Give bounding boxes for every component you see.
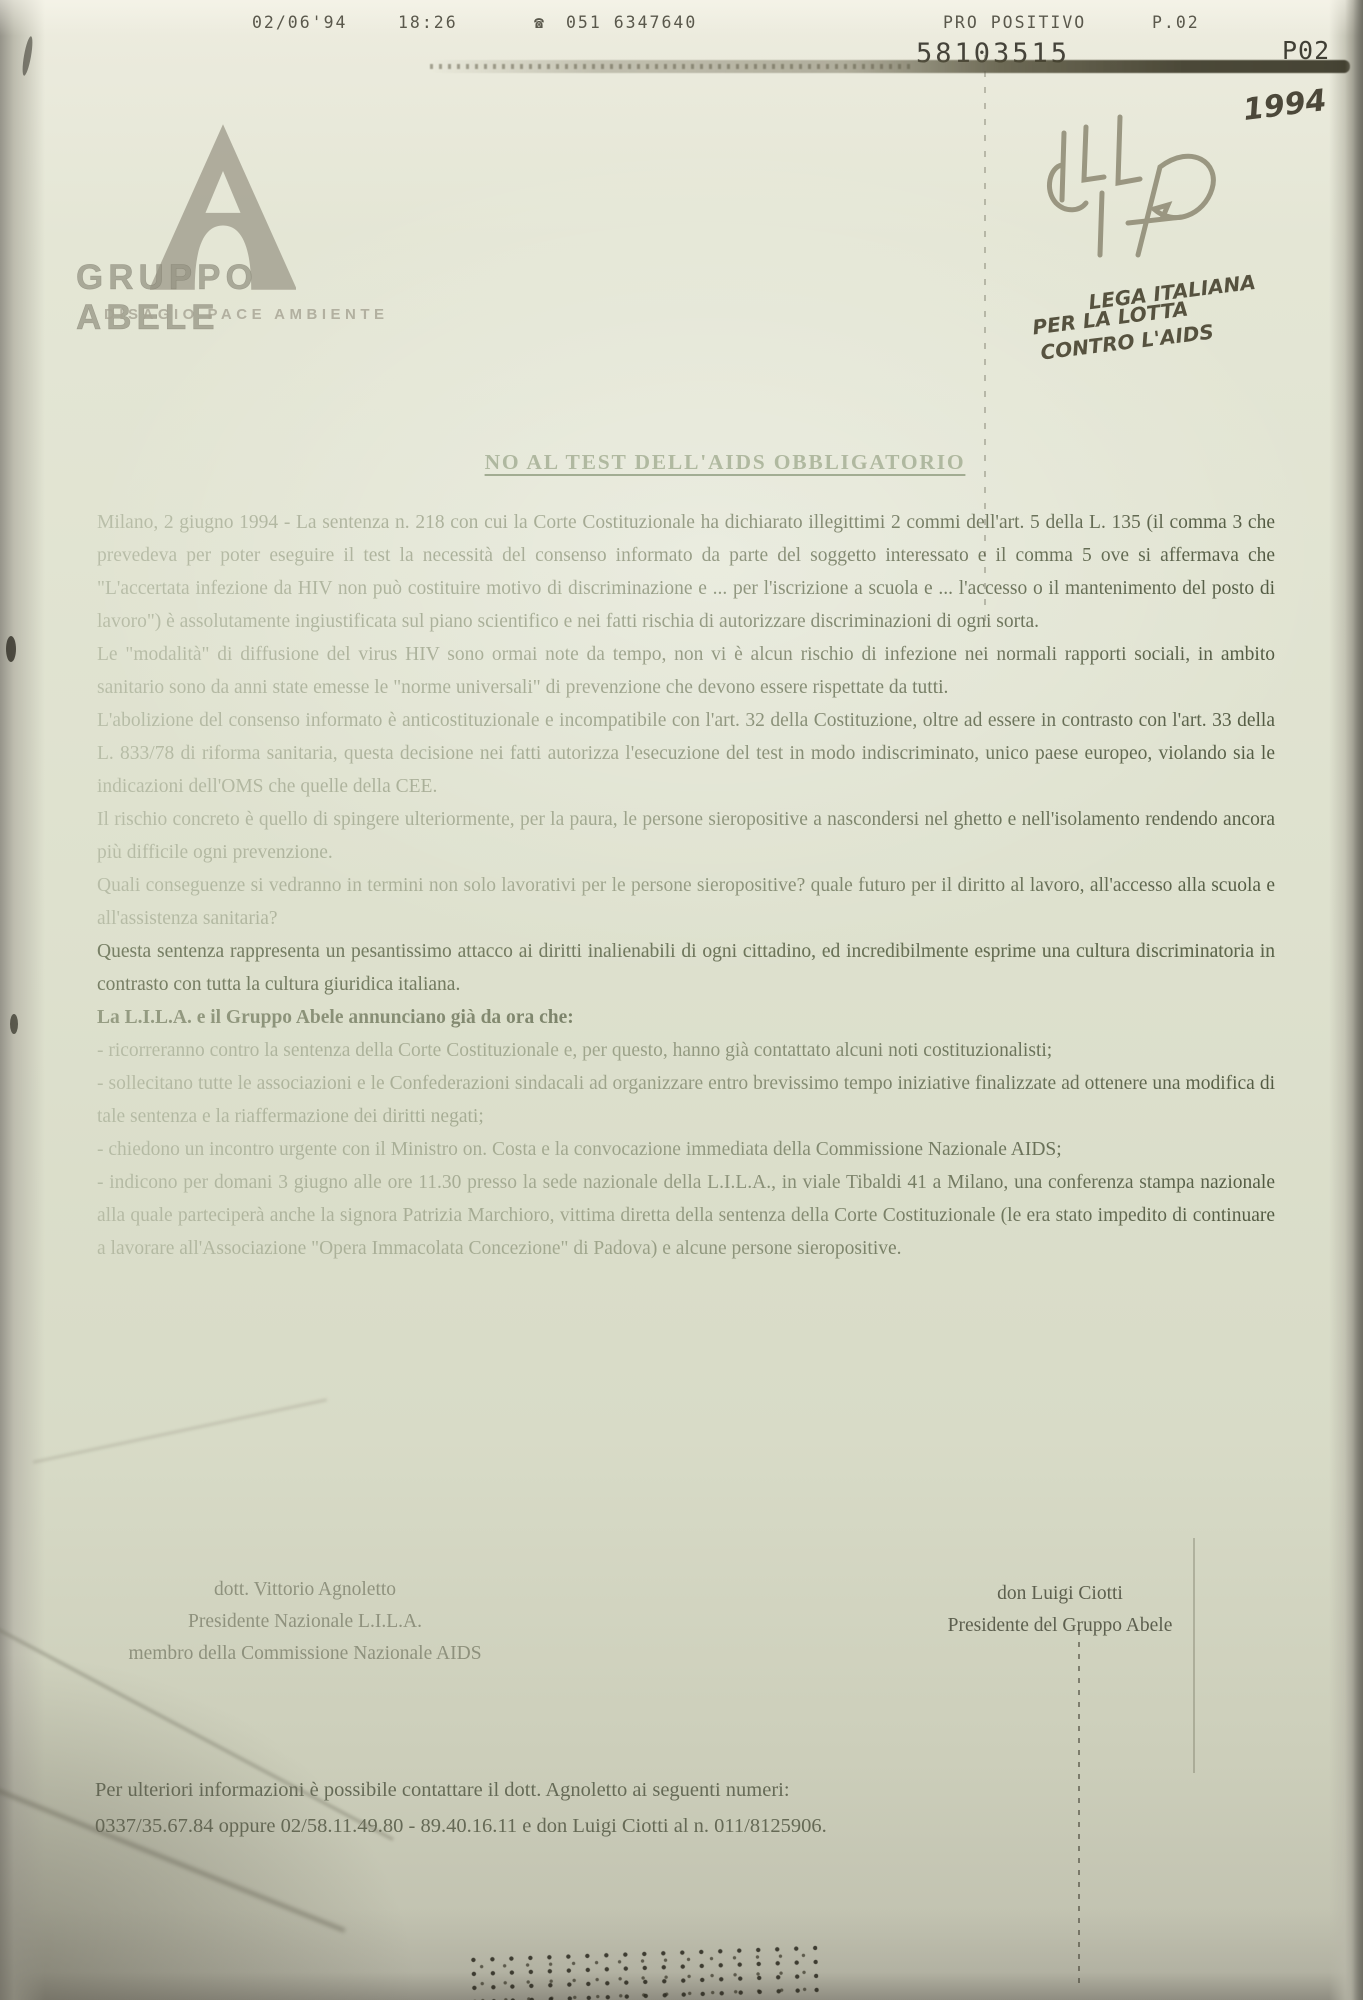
document-title: NO AL TEST DELL'AIDS OBBLIGATORIO: [340, 450, 1110, 475]
signatory-role: Presidente Nazionale L.I.L.A.: [85, 1606, 525, 1638]
paper-right-edge: [1345, 0, 1363, 2000]
fax-date: 02/06'94: [252, 13, 347, 32]
paragraph: Le "modalità" di diffusione del virus HI…: [97, 638, 1275, 704]
lila-stamp-icon: [1042, 105, 1232, 280]
phone-icon: ☎: [534, 13, 544, 32]
vertical-crease: [1193, 1538, 1195, 1773]
fax-number: 051 6347640: [566, 13, 697, 32]
handwritten-year: 1994: [1241, 83, 1328, 128]
paragraph: Il rischio concreto è quello di spingere…: [97, 803, 1275, 869]
fax-page-number: P.02: [1152, 13, 1200, 32]
signatory-role: Presidente del Gruppo Abele: [840, 1610, 1280, 1642]
bullet-item: - indicono per domani 3 giugno alle ore …: [97, 1166, 1275, 1265]
org-name: GRUPPO ABELE: [76, 258, 406, 338]
paragraph: Questa sentenza rappresenta un pesantiss…: [97, 935, 1275, 1001]
vertical-fold-line: [984, 55, 986, 625]
bullet-item: - chiedono un incontro urgente con il Mi…: [97, 1133, 1275, 1166]
scan-noise-line: [430, 64, 910, 69]
crumple-crease: [33, 1399, 327, 1463]
scanned-fax-page: 02/06'94 18:26 ☎ 051 6347640 PRO POSITIV…: [0, 0, 1363, 2000]
signatory-name: dott. Vittorio Agnoletto: [85, 1574, 525, 1606]
ink-blot: [21, 36, 35, 77]
fax-header: 02/06'94 18:26 ☎ 051 6347640 PRO POSITIV…: [0, 13, 1363, 35]
bullet-item: - ricorreranno contro la sentenza della …: [97, 1034, 1275, 1067]
signatory-name: don Luigi Ciotti: [840, 1578, 1280, 1610]
paragraph: Milano, 2 giugno 1994 - La sentenza n. 2…: [97, 506, 1275, 638]
ink-blot: [6, 636, 16, 662]
bullet-item: - sollecitano tutte le associazioni e le…: [97, 1067, 1275, 1133]
vertical-dotted-fold: [1078, 1630, 1080, 1990]
scan-speckles: [467, 1942, 819, 2000]
ink-blot: [10, 1014, 18, 1034]
announcement-lead: La L.I.L.A. e il Gruppo Abele annunciano…: [97, 1001, 1275, 1034]
corner-shadow: [0, 1650, 420, 2000]
signature-right: don Luigi Ciotti Presidente del Gruppo A…: [840, 1578, 1280, 1642]
paragraph: Quali conseguenze si vedranno in termini…: [97, 869, 1275, 935]
fax-sender: PRO POSITIVO: [943, 13, 1086, 32]
paragraph: L'abolizione del consenso informato è an…: [97, 704, 1275, 803]
fax-time: 18:26: [398, 13, 458, 32]
document-body: Milano, 2 giugno 1994 - La sentenza n. 2…: [97, 506, 1275, 1265]
org-tagline: DISAGIO PACE AMBIENTE: [104, 306, 404, 323]
